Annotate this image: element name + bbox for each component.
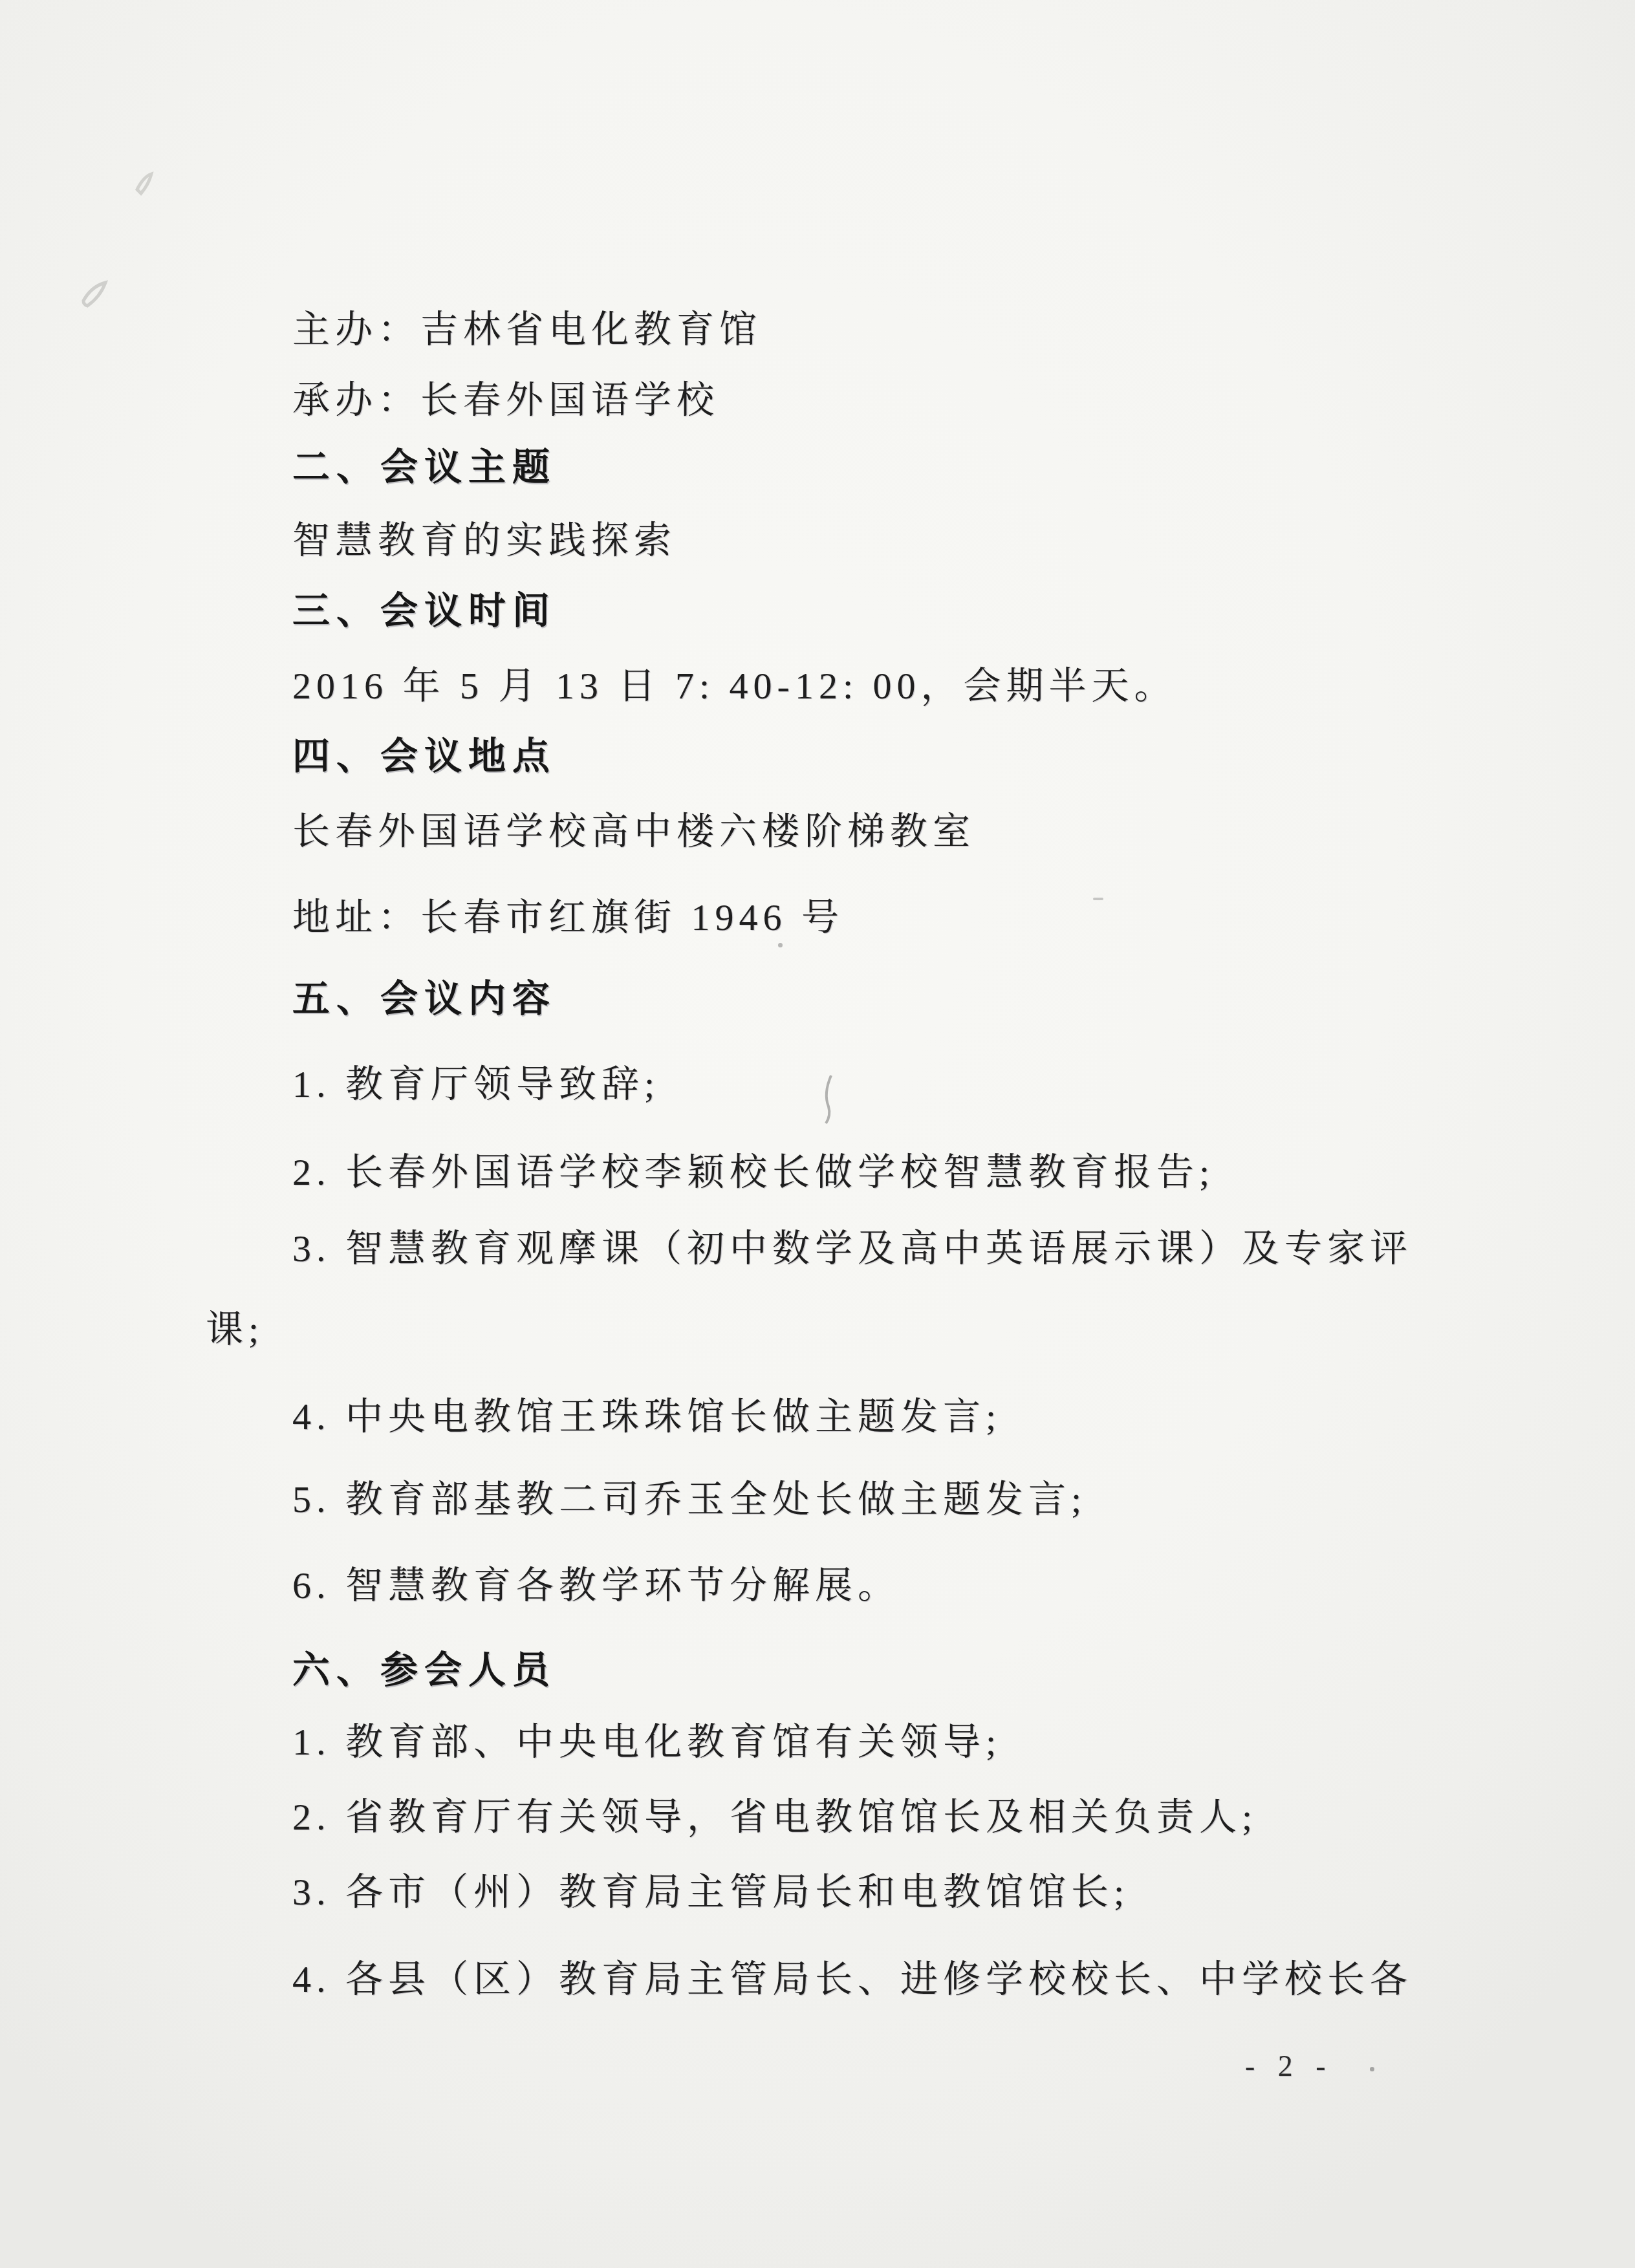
- section-4-heading: 四、会议地点: [292, 730, 556, 783]
- section-6-heading: 六、参会人员: [292, 1644, 556, 1697]
- content-item-3: 3. 智慧教育观摩课（初中数学及高中英语展示课）及专家评: [292, 1222, 1413, 1275]
- attendee-item-4: 4. 各县（区）教育局主管局长、进修学校校长、中学校长各: [292, 1953, 1413, 2006]
- attendee-item-1: 1. 教育部、中央电化教育馆有关领导;: [292, 1716, 1001, 1769]
- content-item-2: 2. 长春外国语学校李颖校长做学校智慧教育报告;: [292, 1146, 1215, 1199]
- scan-artifact: [129, 165, 175, 210]
- conference-time-line: 2016 年 5 月 13 日 7: 40-12: 00，会期半天。: [292, 660, 1177, 713]
- scanned-document-page: 主办：吉林省电化教育馆 承办：长春外国语学校 二、会议主题 智慧教育的实践探索 …: [0, 0, 1635, 2268]
- venue-line: 长春外国语学校高中楼六楼阶梯教室: [292, 805, 975, 858]
- attendee-item-3: 3. 各市（州）教育局主管局长和电教馆馆长;: [292, 1866, 1129, 1919]
- content-item-6: 6. 智慧教育各教学环节分解展。: [292, 1559, 900, 1612]
- scan-artifact: [812, 1070, 850, 1129]
- scan-speck: [1370, 2067, 1374, 2071]
- content-item-4: 4. 中央电教馆王珠珠馆长做主题发言;: [292, 1390, 1001, 1443]
- scan-speck: [1093, 898, 1103, 900]
- content-item-3-continuation: 课;: [206, 1303, 264, 1356]
- attendee-item-2: 2. 省教育厅有关领导，省电教馆馆长及相关负责人;: [292, 1791, 1257, 1844]
- organizer-line: 主办：吉林省电化教育馆: [292, 303, 762, 356]
- content-item-1: 1. 教育厅领导致辞;: [292, 1058, 660, 1111]
- section-3-heading: 三、会议时间: [292, 585, 556, 638]
- conference-theme-line: 智慧教育的实践探索: [292, 514, 677, 567]
- page-number: - 2 -: [1245, 2049, 1334, 2083]
- co-organizer-line: 承办：长春外国语学校: [292, 374, 719, 427]
- section-5-heading: 五、会议内容: [292, 973, 556, 1026]
- content-item-5: 5. 教育部基教二司乔玉全处长做主题发言;: [292, 1473, 1087, 1526]
- scan-artifact: [74, 268, 133, 320]
- section-2-heading: 二、会议主题: [292, 441, 556, 494]
- address-line: 地址：长春市红旗街 1946 号: [292, 891, 844, 944]
